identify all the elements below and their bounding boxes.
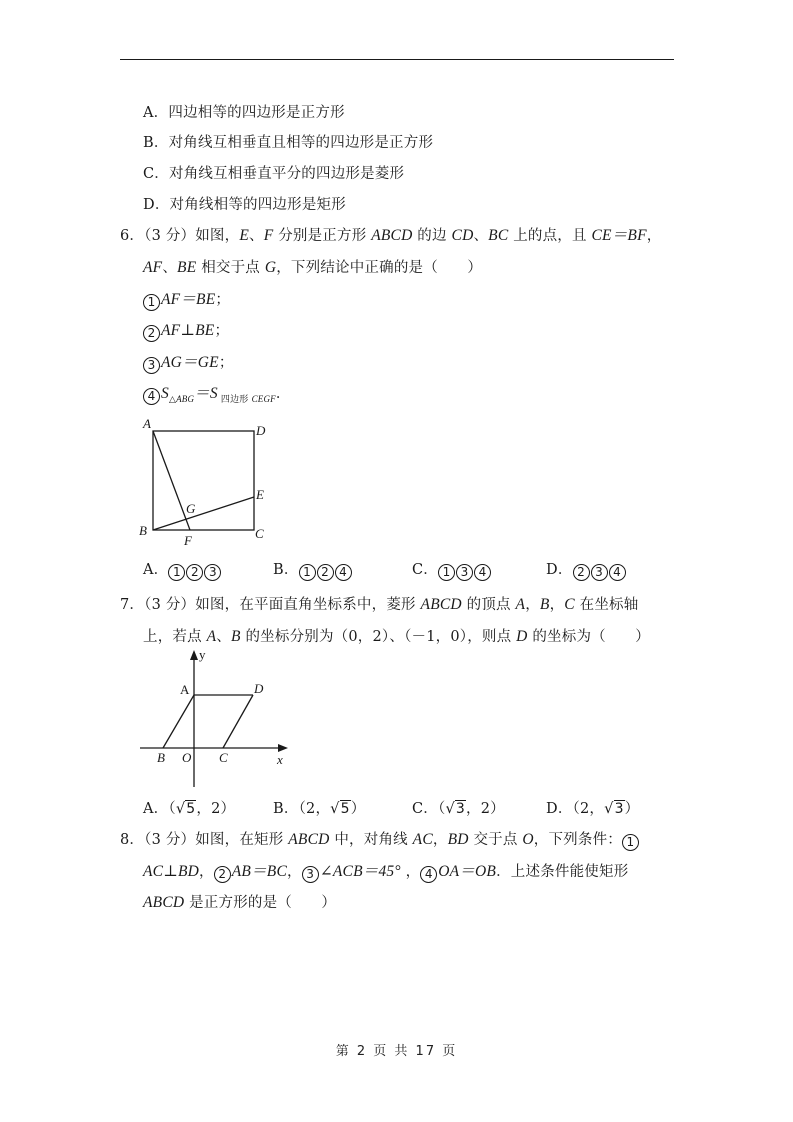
- math-expr: AC⊥BD: [143, 863, 199, 880]
- math-expr: ∠ACB＝45°: [320, 863, 401, 880]
- q8-stem-line2: AC⊥BD，2AB＝BC，3∠ACB＝45° ，4OA＝OB．上述条件能使矩形: [143, 862, 628, 883]
- label-c: C: [219, 750, 228, 765]
- stem-text: ．上述条件能使矩形: [496, 864, 628, 880]
- y-axis-arrow-icon: [190, 650, 198, 660]
- option-letter: C．: [412, 801, 438, 817]
- q7-coordinate-figure: y A D B O C x: [0, 0, 793, 1122]
- q7-option-d: D．（2，√3）: [546, 799, 639, 819]
- option-text: ，2）: [196, 801, 235, 817]
- option-text: ，2）: [466, 801, 505, 817]
- sqrt-expr: √3: [445, 799, 466, 819]
- stem-text: ，: [401, 864, 421, 880]
- circled-number: 3: [302, 866, 319, 883]
- q8-stem-line1: 8．（3 分）如图，在矩形 ABCD 中，对角线 AC，BD 交于点 O，下列条…: [120, 830, 640, 851]
- radicand: 5: [340, 800, 351, 817]
- label-o: O: [182, 750, 192, 765]
- stem-text: 交于点: [469, 832, 523, 848]
- stem-text: 是正方形的是（ ）: [184, 895, 336, 911]
- question-number: 8．: [120, 832, 144, 848]
- math-var: ABCD: [143, 894, 184, 911]
- radicand: 3: [614, 800, 625, 817]
- stem-text: ，: [287, 864, 302, 880]
- label-y-axis: y: [199, 647, 206, 662]
- radicand: 3: [455, 800, 466, 817]
- math-var: BD: [448, 831, 469, 848]
- q7-option-c: C．（√3，2）: [412, 799, 505, 819]
- stem-text: ，下列条件：: [534, 832, 622, 848]
- option-text: ）: [351, 801, 366, 817]
- option-letter: B．: [273, 801, 299, 817]
- circled-number: 1: [622, 834, 639, 851]
- page-footer: 第 2 页 共 17 页: [0, 1040, 793, 1059]
- math-var: ABCD: [288, 831, 329, 848]
- label-d: D: [253, 681, 264, 696]
- option-text: ）: [625, 801, 640, 817]
- math-var: AC: [413, 831, 433, 848]
- circled-number: 4: [420, 866, 437, 883]
- sqrt-expr: √5: [330, 799, 351, 819]
- sqrt-expr: √3: [604, 799, 625, 819]
- math-expr: AB＝BC: [232, 863, 287, 880]
- math-expr: OA＝OB: [438, 863, 496, 880]
- option-letter: D．: [546, 801, 573, 817]
- math-var: O: [522, 831, 533, 848]
- stem-text: ，: [433, 832, 448, 848]
- q8-stem-line3: ABCD 是正方形的是（ ）: [143, 893, 336, 913]
- option-text: （2，: [573, 801, 605, 817]
- option-text: （2，: [299, 801, 331, 817]
- stem-text: 中，对角线: [330, 832, 413, 848]
- stem-text: 如图，在矩形: [195, 832, 288, 848]
- stem-text: ，: [199, 864, 214, 880]
- x-axis-arrow-icon: [278, 744, 288, 752]
- q7-option-b: B．（2，√5）: [273, 799, 365, 819]
- label-x-axis: x: [276, 752, 283, 767]
- option-text: （: [168, 801, 175, 817]
- sqrt-expr: √5: [176, 799, 197, 819]
- question-score: （3 分）: [144, 832, 195, 848]
- label-b: B: [157, 750, 165, 765]
- q7-option-a: A．（√5，2）: [143, 799, 235, 819]
- radicand: 5: [185, 800, 196, 817]
- option-letter: A．: [143, 801, 168, 817]
- label-a: A: [180, 682, 190, 697]
- option-text: （: [438, 801, 445, 817]
- circled-number: 2: [214, 866, 231, 883]
